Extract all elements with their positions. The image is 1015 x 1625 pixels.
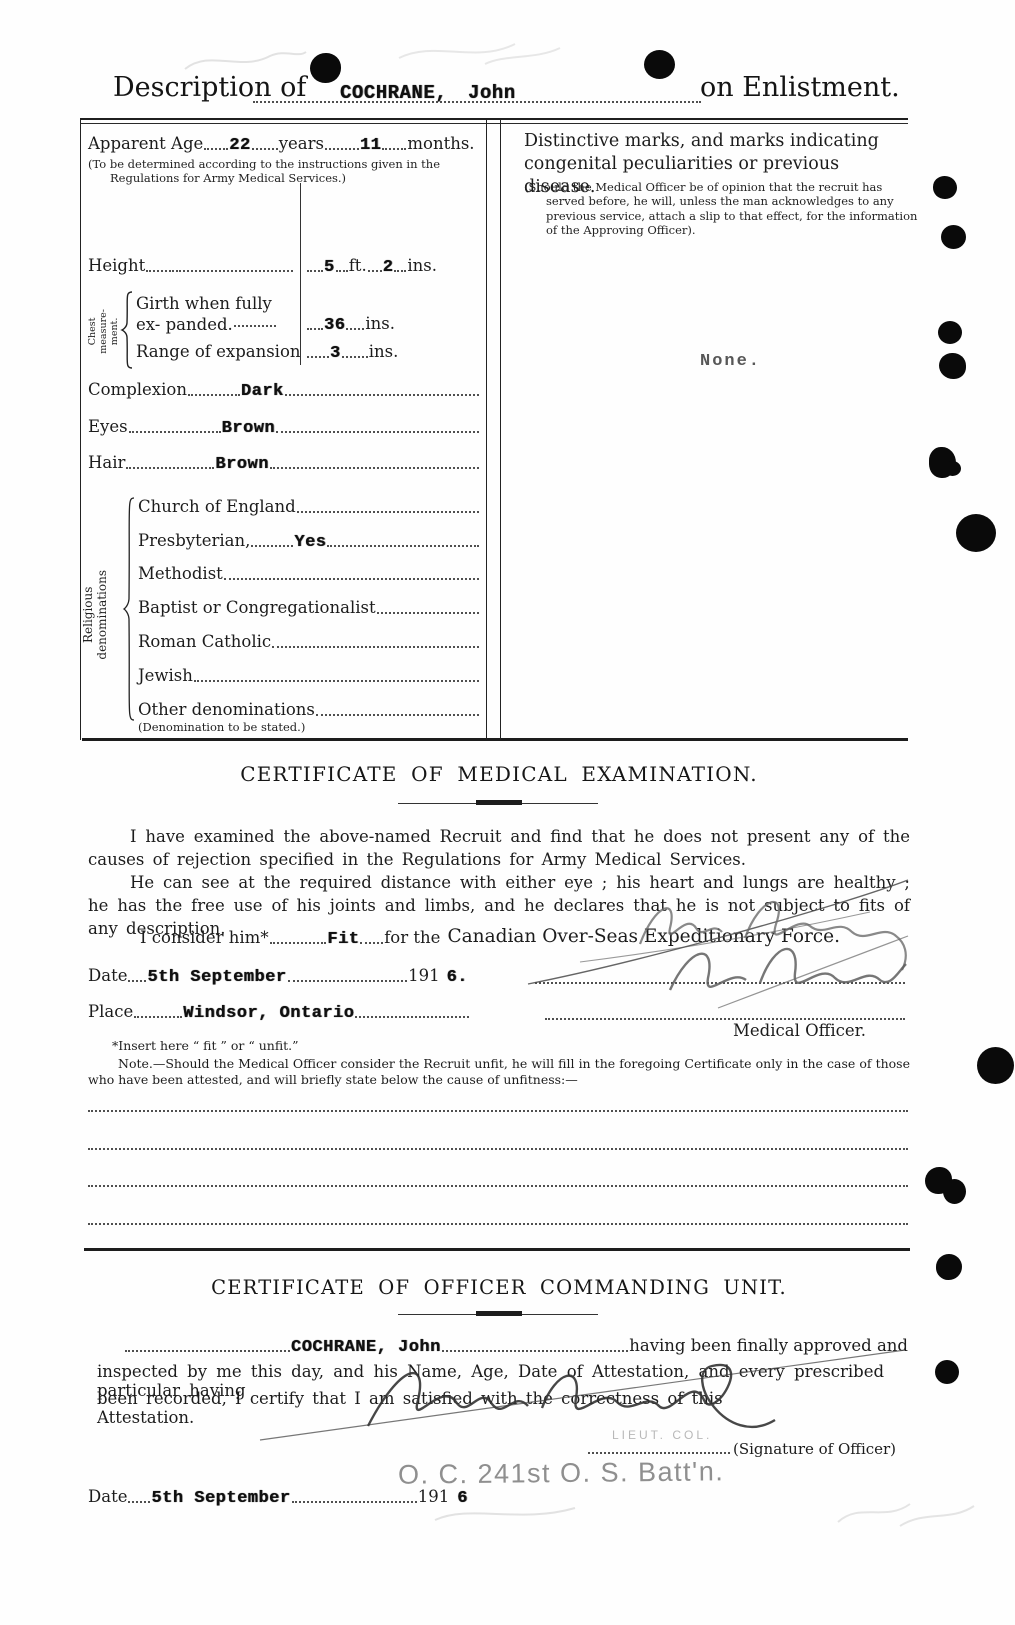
medical-officer-line xyxy=(545,1018,905,1020)
year-printed: 191 xyxy=(408,966,440,985)
dotted-leader xyxy=(270,464,479,469)
dotted-leader xyxy=(325,145,359,150)
height-inches-value: 2 xyxy=(383,258,394,277)
complexion-label: Complexion xyxy=(88,380,187,399)
oc-certificate-title: CERTIFICATE OF OFFICER COMMANDING UNIT. xyxy=(88,1276,910,1299)
signature-of-officer-label: (Signature of Officer) xyxy=(733,1440,896,1458)
range-label: Range of expansion xyxy=(136,342,301,361)
field-range-value: 3 ins. xyxy=(306,342,478,361)
dotted-leader xyxy=(128,1498,150,1503)
insert-fit-note: *Insert here “ fit ” or “ unfit.” xyxy=(112,1038,299,1053)
ink-blot xyxy=(977,1047,1014,1084)
religious-denominations-group-label: Religious denominations xyxy=(70,535,122,695)
battalion-stamp: O. C. 241st O. S. Batt'n. xyxy=(398,1456,725,1490)
pencil-smudge xyxy=(180,44,310,76)
oc-section-top-rule xyxy=(84,1248,910,1251)
blank-line xyxy=(88,1185,908,1187)
pencil-smudge xyxy=(430,1500,580,1528)
years-label: years xyxy=(279,134,324,153)
dotted-leader xyxy=(272,643,479,648)
dotted-leader xyxy=(129,428,221,433)
blank-line xyxy=(88,1110,908,1112)
table-bottom-rule xyxy=(82,738,908,741)
dotted-leader xyxy=(355,1013,469,1018)
dotted-leader xyxy=(270,939,327,944)
distinctive-marks-note: (Should the Medical Officer be of opinio… xyxy=(524,180,924,238)
section-divider-bar xyxy=(476,800,522,805)
apparent-age-months-value: 11 xyxy=(360,136,381,155)
distinctive-marks-value: None. xyxy=(700,352,761,371)
girth-unit-label: ins. xyxy=(365,314,395,333)
consider-label: I consider him* xyxy=(140,928,269,947)
ink-blot xyxy=(936,1254,962,1280)
section-divider-bar xyxy=(476,1311,522,1316)
height-feet-value: 5 xyxy=(324,258,335,277)
table-top-rule xyxy=(80,118,908,124)
dotted-leader xyxy=(292,1498,417,1503)
field-medical-place: Place Windsor, Ontario xyxy=(88,1002,470,1021)
apparent-age-label: Apparent Age xyxy=(88,134,203,153)
date-label: Date xyxy=(88,966,127,985)
oc-signature-line xyxy=(588,1452,730,1454)
apparent-age-note: (To be determined according to the instr… xyxy=(88,158,508,186)
dotted-leader xyxy=(368,267,382,272)
page-title-suffix: on Enlistment. xyxy=(700,72,900,103)
place-label: Place xyxy=(88,1002,133,1021)
dotted-leader xyxy=(285,391,479,396)
recruit-surname-typed: COCHRANE, xyxy=(340,82,447,104)
dotted-leader xyxy=(234,322,276,327)
dotted-leader xyxy=(327,542,479,547)
denomination-label: Church of England xyxy=(138,497,296,516)
oc-date-value: 5th September xyxy=(151,1489,290,1508)
dotted-leader xyxy=(360,939,383,944)
field-oc-date: Date 5th September 191 6 xyxy=(88,1487,468,1506)
ink-blot xyxy=(935,1360,959,1384)
lieut-col-stamp: LIEUT. COL. xyxy=(612,1428,712,1442)
chest-group-brace-icon xyxy=(119,290,133,370)
field-range-expansion: Range of expansion xyxy=(136,342,300,361)
dotted-leader xyxy=(297,508,479,513)
dotted-leader xyxy=(288,977,408,982)
field-medical-date: Date 5th September 191 6. xyxy=(88,966,468,985)
hair-value: Brown xyxy=(215,455,269,474)
denomination-label: Methodist xyxy=(138,564,223,583)
range-value: 3 xyxy=(330,344,341,363)
dotted-leader xyxy=(252,145,278,150)
field-height: Height xyxy=(88,256,294,275)
table-center-divider-left xyxy=(486,120,487,740)
denomination-label: Presbyterian, xyxy=(138,531,250,550)
ink-blot xyxy=(933,176,957,199)
field-baptist-congregationalist: Baptist or Congregationalist xyxy=(138,598,480,617)
months-label: months. xyxy=(407,134,474,153)
presbyterian-value: Yes xyxy=(294,533,326,552)
medical-note-paragraph: Note.—Should the Medical Officer conside… xyxy=(88,1056,910,1089)
field-girth: Girth when fully ex- panded. xyxy=(136,293,300,336)
capt-amc-signature xyxy=(658,928,913,1016)
dotted-leader xyxy=(204,145,228,150)
dotted-leader xyxy=(176,267,293,272)
denomination-label: Jewish xyxy=(138,666,193,685)
denomination-label: Baptist or Congregationalist xyxy=(138,598,376,617)
denomination-note: (Denomination to be stated.) xyxy=(138,721,305,735)
dotted-leader xyxy=(346,325,364,330)
ink-blot xyxy=(956,514,996,552)
girth-value: 36 xyxy=(324,316,345,335)
dotted-leader xyxy=(194,677,479,682)
medical-place-value: Windsor, Ontario xyxy=(183,1004,354,1023)
dotted-leader xyxy=(126,464,214,469)
field-hair: Hair Brown xyxy=(88,453,480,472)
ink-blot xyxy=(310,53,341,83)
field-presbyterian: Presbyterian, Yes xyxy=(138,531,480,550)
dotted-leader xyxy=(224,575,479,580)
field-eyes: Eyes Brown xyxy=(88,417,480,436)
ink-blot xyxy=(944,461,961,476)
field-roman-catholic: Roman Catholic xyxy=(138,632,480,651)
dotted-leader xyxy=(146,267,174,272)
eyes-label: Eyes xyxy=(88,417,128,436)
ink-blot xyxy=(644,50,675,79)
dotted-leader xyxy=(307,267,323,272)
dotted-leader xyxy=(394,267,406,272)
blank-line xyxy=(88,1223,908,1225)
dotted-leader xyxy=(134,1013,182,1018)
dotted-leader xyxy=(128,977,146,982)
consider-mid-label: for the xyxy=(384,928,440,947)
ink-blot xyxy=(941,225,966,249)
field-jewish: Jewish xyxy=(138,666,480,685)
dotted-leader xyxy=(336,267,348,272)
field-complexion: Complexion Dark xyxy=(88,380,480,399)
table-center-divider-right xyxy=(500,120,501,740)
religion-group-brace-icon xyxy=(121,496,135,722)
field-church-of-england: Church of England xyxy=(138,497,480,516)
feet-label: ft. xyxy=(349,256,367,275)
medical-certificate-title: CERTIFICATE OF MEDICAL EXAMINATION. xyxy=(88,762,910,786)
date-label: Date xyxy=(88,1487,127,1506)
dotted-leader xyxy=(307,325,323,330)
dotted-leader xyxy=(307,353,329,358)
field-other-denominations: Other denominations xyxy=(138,700,480,719)
girth-label: Girth when fully ex- panded. xyxy=(136,294,272,334)
pencil-smudge xyxy=(395,34,565,68)
field-apparent-age: Apparent Age 22 years 11 months. xyxy=(88,134,480,153)
medical-year-value: 6. xyxy=(447,968,468,987)
page-title-prefix: Description of xyxy=(113,72,306,103)
medical-officer-label: Medical Officer. xyxy=(733,1021,866,1040)
medical-paragraph-1: I have examined the above-named Recruit … xyxy=(88,826,910,872)
medical-date-value: 5th September xyxy=(147,968,286,987)
field-girth-value: 36 ins. xyxy=(306,314,478,333)
denomination-label: Roman Catholic xyxy=(138,632,271,651)
range-unit-label: ins. xyxy=(369,342,399,361)
dotted-leader xyxy=(188,391,240,396)
complexion-value: Dark xyxy=(241,382,284,401)
eyes-value: Brown xyxy=(222,419,276,438)
dotted-leader xyxy=(377,609,479,614)
dotted-leader xyxy=(342,353,368,358)
field-height-value: 5 ft. 2 ins. xyxy=(306,256,478,275)
dotted-leader xyxy=(382,145,406,150)
hair-label: Hair xyxy=(88,453,125,472)
height-label: Height xyxy=(88,256,145,275)
recruit-givenname-typed: John xyxy=(468,82,516,104)
ink-blot xyxy=(943,1179,966,1204)
field-methodist: Methodist xyxy=(138,564,480,583)
apparent-age-years-value: 22 xyxy=(229,136,250,155)
ink-blot xyxy=(938,321,962,344)
dotted-leader xyxy=(276,428,479,433)
ink-blot xyxy=(939,353,966,379)
blank-line xyxy=(88,1148,908,1150)
dotted-leader xyxy=(316,711,479,716)
enlistment-description-form: Description of COCHRANE, John on Enlistm… xyxy=(0,0,1015,1625)
pencil-smudge xyxy=(830,1492,980,1530)
inches-label: ins. xyxy=(407,256,437,275)
denomination-label: Other denominations xyxy=(138,700,315,719)
dotted-leader xyxy=(251,542,293,547)
fit-value: Fit xyxy=(327,930,359,949)
left-column-value-divider xyxy=(300,183,301,365)
